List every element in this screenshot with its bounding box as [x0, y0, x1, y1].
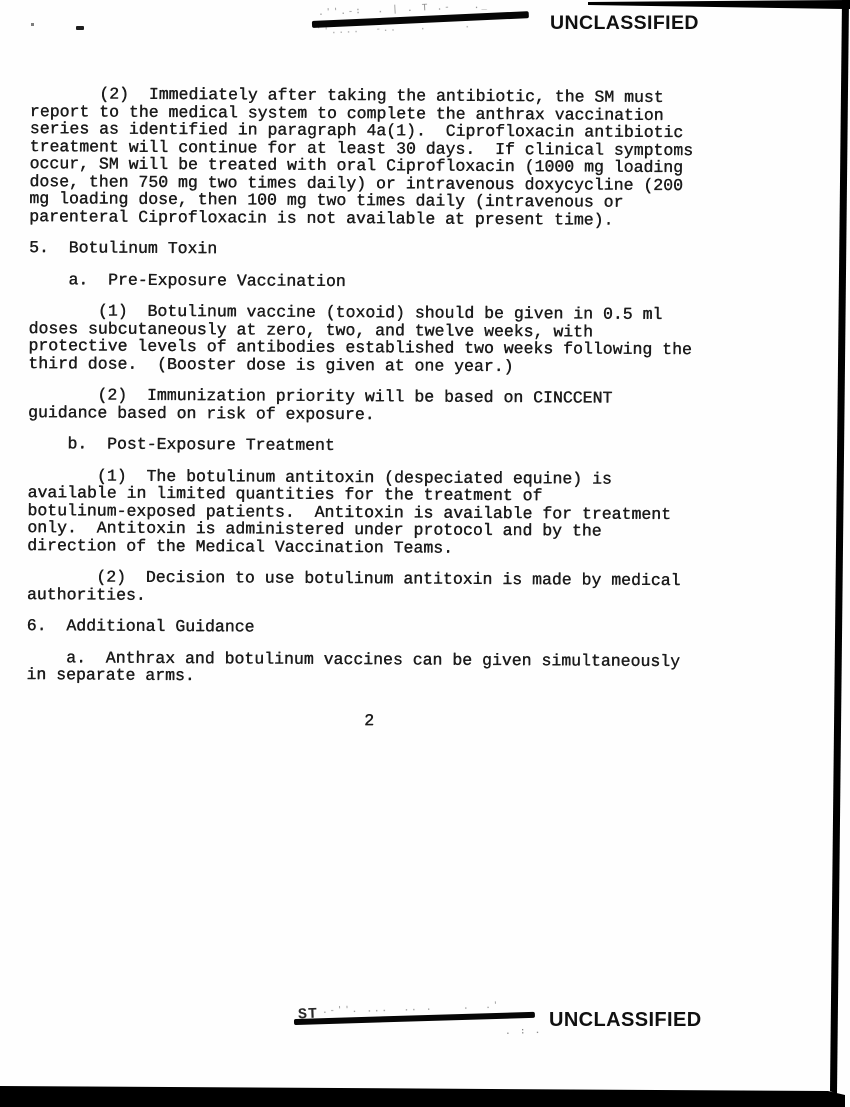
document-body: (2) Immediately after taking the antibio… [26, 85, 754, 731]
paragraph-5b1-botulinum-antitoxin: (1) The botulinum antitoxin (despeciated… [27, 466, 752, 558]
scan-speck [76, 26, 84, 30]
paragraph-antibiotic-followup: (2) Immediately after taking the antibio… [29, 85, 754, 229]
heading-5b-post-exposure-treatment: b. Post-Exposure Treatment [28, 435, 752, 457]
paragraph-5a2-immunization-priority: (2) Immunization priority will be based … [28, 386, 752, 425]
classification-marking-bottom: UNCLASSIFIED [549, 1009, 702, 1032]
scan-edge-right-strip [830, 0, 849, 1094]
redacted-text-remnant-bottom-trailing: . : . [505, 1026, 542, 1037]
document-page: .''.-: . | . T .- ._ `'.... -.. . . UNCL… [0, 0, 850, 1107]
scan-speck [31, 23, 34, 26]
scan-edge-top-right [588, 0, 850, 9]
page-number: 2 [364, 712, 750, 732]
paragraph-6a-simultaneous-vaccines: a. Anthrax and botulinum vaccines can be… [26, 648, 750, 687]
heading-section-5-botulinum-toxin: 5. Botulinum Toxin [29, 239, 753, 261]
paragraph-5a1-botulinum-vaccine: (1) Botulinum vaccine (toxoid) should be… [28, 302, 752, 376]
classification-marking-top: UNCLASSIFIED [550, 12, 699, 35]
scan-edge-bottom-band [0, 1086, 845, 1107]
paragraph-5b2-antitoxin-decision: (2) Decision to use botulinum antitoxin … [27, 568, 751, 607]
heading-5a-pre-exposure-vaccination: a. Pre-Exposure Vaccination [29, 270, 753, 292]
heading-section-6-additional-guidance: 6. Additional Guidance [27, 617, 751, 639]
